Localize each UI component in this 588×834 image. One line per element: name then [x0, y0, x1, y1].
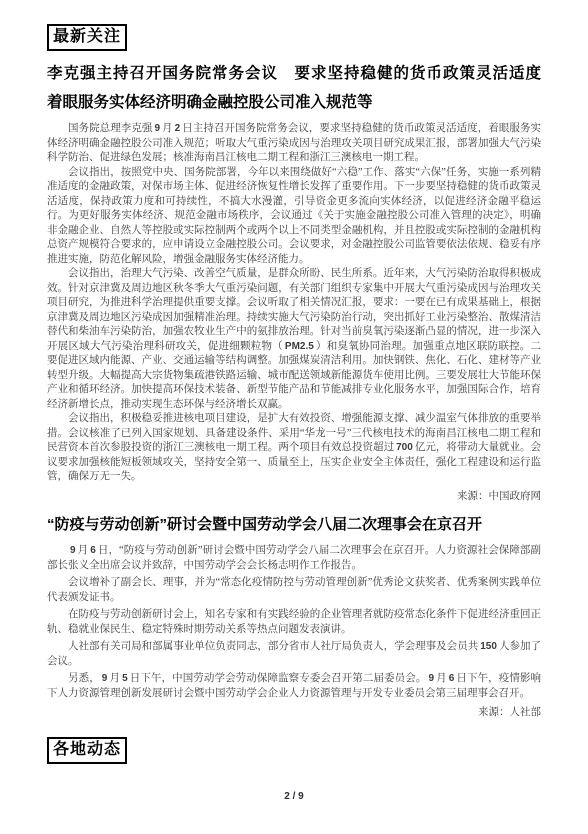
paragraph: 会议指出，按照党中央、国务院部署，今年以来围绕做好“六稳”工作、落实“六保”任务…	[47, 166, 541, 268]
section-tag-wrap: 各地动态	[47, 737, 541, 764]
paragraph: 会议指出，积极稳妥推进核电项目建设，是扩大有效投资、增强能源支撑、减少温室气体排…	[47, 412, 541, 485]
paragraph: 国务院总理李克强9月2日主持召开国务院常务会议，要求坚持稳健的货币政策灵活适度，…	[47, 122, 541, 166]
source-line: 来源：人社部	[47, 706, 541, 721]
section-tag-label: 各地动态	[53, 741, 121, 758]
article-paragraphs: 国务院总理李克强9月2日主持召开国务院常务会议，要求坚持稳健的货币政策灵活适度，…	[47, 122, 541, 485]
article-headline: 李克强主持召开国务院常务会议 要求坚持稳健的货币政策灵活适度 着眼服务实体经济明…	[47, 59, 541, 117]
paragraph: 人社部有关司局和部属事业单位负责同志，部分省市人社厅局负责人，学会理事及会员共1…	[47, 640, 541, 669]
section-tag-local-news: 各地动态	[47, 737, 127, 764]
paragraph: 另悉，9月5日下午，中国劳动学会劳动保障监察专委会召开第二届委员会。9月6日下午…	[47, 672, 541, 701]
paragraph: 会议增补了副会长、理事，并为“常态化疫情防控与劳动管理创新”优秀论文获奖者、优秀…	[47, 576, 541, 605]
page-number: 2 / 9	[0, 791, 588, 802]
section-tag-latest-focus: 最新关注	[47, 24, 127, 51]
section-tag-label: 最新关注	[53, 28, 121, 45]
article-paragraphs: 9月6日，“防疫与劳动创新”研讨会暨中国劳动学会八届二次理事会在京召开。人力资源…	[47, 544, 541, 701]
page-content: 最新关注 李克强主持召开国务院常务会议 要求坚持稳健的货币政策灵活适度 着眼服务…	[0, 0, 588, 764]
paragraph: 9月6日，“防疫与劳动创新”研讨会暨中国劳动学会八届二次理事会在京召开。人力资源…	[47, 544, 541, 573]
source-line: 来源：中国政府网	[47, 490, 541, 505]
document-page: 最新关注 李克强主持召开国务院常务会议 要求坚持稳健的货币政策灵活适度 着眼服务…	[0, 0, 588, 834]
article-headline: “防疫与劳动创新”研讨会暨中国劳动学会八届二次理事会在京召开	[47, 510, 541, 539]
paragraph: 会议指出，治理大气污染、改善空气质量，是群众所盼、民生所系。近年来，大气污染防治…	[47, 267, 541, 412]
paragraph: 在防疫与劳动创新研讨会上，知名专家和有实践经验的企业管理者就防疫常态化条件下促进…	[47, 608, 541, 637]
